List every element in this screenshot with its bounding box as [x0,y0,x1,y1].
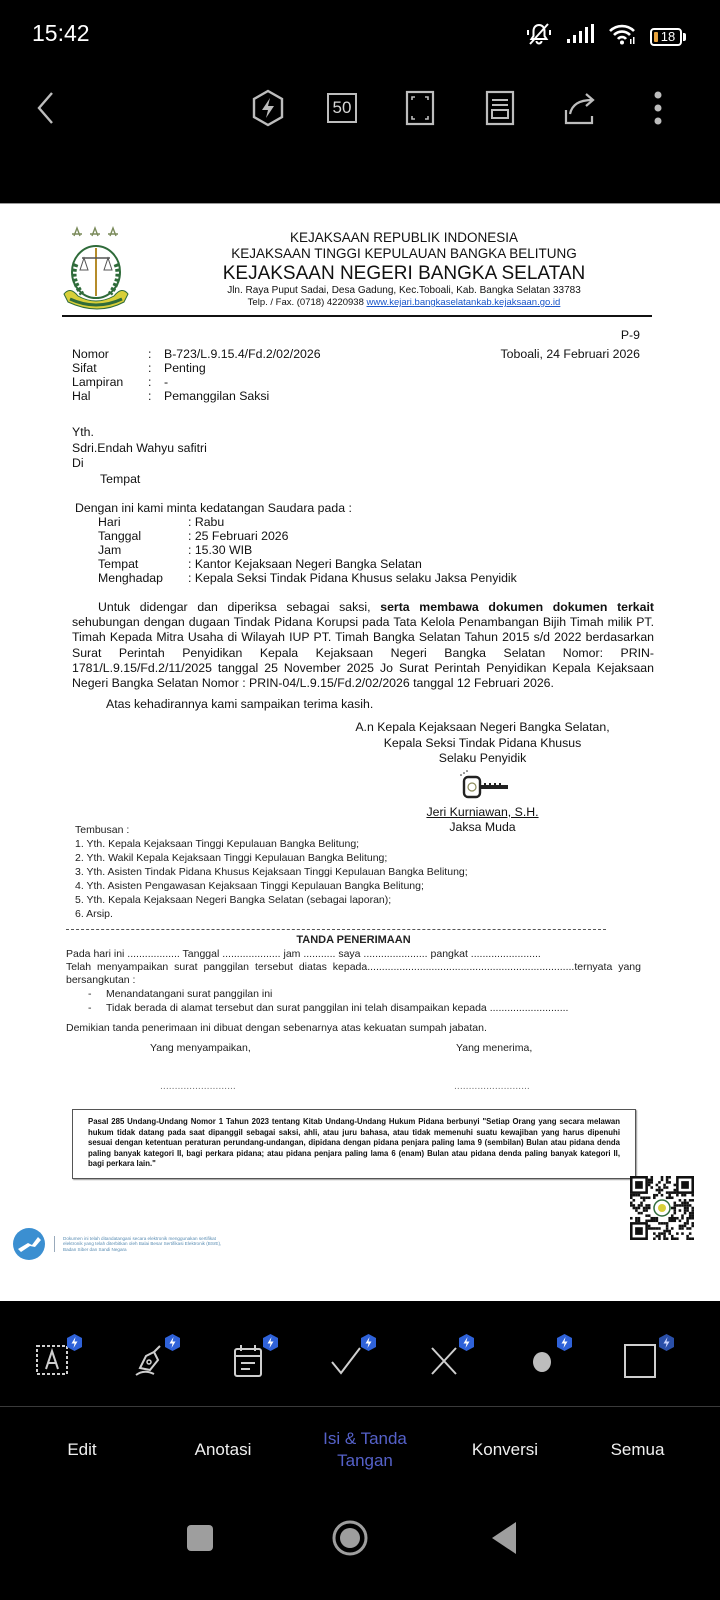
body-paragraph: Untuk didengar dan diperiksa sebagai sak… [72,600,654,691]
meta-row-sifat: Sifat:Penting [72,361,206,375]
document-page[interactable]: KEJAKSAAN REPUBLIK INDONESIA KEJAKSAAN T… [0,203,720,1301]
lightning-hexagon-icon [251,89,285,127]
signature-tool[interactable] [120,1330,180,1390]
share-icon [562,90,598,126]
cc-title: Tembusan : [75,824,129,836]
back-icon [490,1521,518,1555]
pen-signature-icon [132,1342,168,1378]
recipient-salutation: Yth. [72,425,94,439]
signature-line-1: A.n Kepala Kejaksaan Negeri Bangka Selat… [340,720,625,736]
cc-item: 1. Yth. Kepala Kejaksaan Tinggi Kepulaua… [75,838,359,850]
text-box-icon [34,1342,70,1378]
closing-text: Atas kehadirannya kami sampaikan terima … [106,697,373,711]
cross-tool[interactable] [414,1330,474,1390]
letterhead-line-1: KEJAKSAAN REPUBLIK INDONESIA [154,230,654,246]
premium-badge-icon [659,1334,674,1351]
letterhead-text: KEJAKSAAN REPUBLIK INDONESIA KEJAKSAAN T… [154,230,654,309]
premium-badge-icon [165,1334,180,1351]
home-icon [331,1519,369,1557]
signature-line-2: Kepala Seksi Tindak Pidana Khusus [340,736,625,752]
date-icon [230,1342,266,1378]
letterhead-phone: Telp. / Fax. (0718) 4220938 [248,297,367,308]
body-bold: serta membawa dokumen dokumen terkait [380,600,654,614]
fullscreen-icon [405,90,435,126]
signature-block: A.n Kepala Kejaksaan Negeri Bangka Selat… [340,720,625,836]
detail-tempat: Tempat: Kantor Kejaksaan Negeri Bangka S… [98,557,422,571]
premium-badge-icon [361,1334,376,1351]
esign-badge: Dokumen ini telah ditandatangani secara … [12,1227,233,1261]
tab-convert[interactable]: Konversi [450,1420,560,1480]
recipient-name: Sdri.Endah Wahyu safitri [72,441,207,455]
mute-icon [526,22,552,51]
sender-label: Yang menyampaikan, [150,1042,251,1055]
cc-item: 3. Yth. Asisten Tindak Pidana Khusus Kej… [75,866,468,878]
recents-icon [186,1524,214,1552]
dot-icon [524,1342,560,1378]
cc-item: 2. Yth. Wakil Kepala Kejaksaan Tinggi Ke… [75,852,387,864]
back-button[interactable] [24,86,68,130]
recents-button[interactable] [180,1518,220,1558]
detail-tanggal: Tanggal: 25 Februari 2026 [98,529,289,543]
rectangle-tool[interactable] [610,1330,670,1390]
status-bar: 15:42 18 [0,0,720,70]
checkmark-icon [328,1342,364,1378]
signature-line-3: Selaku Penyidik [340,751,625,767]
cc-item: 5. Yth. Kepala Kejaksaan Negeri Bangka S… [75,894,391,906]
letterhead-line-2: KEJAKSAAN TINGGI KEPULAUAN BANGKA BELITU… [154,246,654,262]
letterhead-divider [62,315,652,317]
qr-code-icon[interactable] [630,1176,694,1240]
letterhead-line-3: KEJAKSAAN NEGERI BANGKA SELATAN [154,262,654,285]
recipient-place: Tempat [100,472,140,486]
intro-text: Dengan ini kami minta kedatangan Saudara… [75,501,352,515]
cut-line [66,929,606,930]
letterhead-contact: Telp. / Fax. (0718) 4220938 www.kejari.b… [154,297,654,309]
back-nav-button[interactable] [484,1518,524,1558]
meta-row-hal: Hal:Pemanggilan Saksi [72,389,269,403]
top-toolbar: 50 [0,70,720,200]
meta-row-lampiran: Lampiran:- [72,375,168,389]
receiver-signature-field: .......................... [454,1080,530,1093]
mode-tabs: Edit Anotasi Isi & Tanda Tangan Konversi… [0,1420,720,1480]
premium-badge-icon [67,1334,82,1351]
tab-annotate[interactable]: Anotasi [168,1420,278,1480]
status-icons: 18 [526,22,686,51]
tab-edit[interactable]: Edit [32,1420,132,1480]
sender-signature-field: .......................... [160,1080,236,1093]
cc-item: 4. Yth. Asisten Pengawasan Kejaksaan Tin… [75,880,424,892]
receipt-line-2: Telah menyampaikan surat panggilan terse… [66,961,641,987]
receipt-line-1: Pada hari ini .................. Tanggal… [66,948,641,961]
fullscreen-button[interactable] [398,86,442,130]
receiver-label: Yang menerima, [456,1042,532,1055]
signal-icon [566,24,594,49]
detail-menghadap: Menghadap: Kepala Seksi Tindak Pidana Kh… [98,571,517,585]
page-number-indicator: 50 [327,93,357,123]
cc-item: 6. Arsip. [75,908,113,920]
kejaksaan-logo-icon [62,224,140,310]
premium-badge-icon [557,1334,572,1351]
document-layout-icon [485,90,515,126]
rectangle-icon [622,1342,658,1378]
chevron-left-icon [34,90,58,126]
detail-hari: Hari: Rabu [98,515,224,529]
text-field-tool[interactable] [22,1330,82,1390]
premium-badge-icon [263,1334,278,1351]
legal-warning-box: Pasal 285 Undang-Undang Nomor 1 Tahun 20… [72,1109,636,1179]
dot-tool[interactable] [512,1330,572,1390]
website-link[interactable]: www.kejari.bangkaselatankab.kejaksaan.go… [367,297,561,308]
bsre-logo-icon [12,1227,46,1261]
signatory-name: Jeri Kurniawan, S.H. [340,805,625,821]
home-button[interactable] [330,1518,370,1558]
esign-note: Dokumen ini telah ditandatangani secara … [54,1236,233,1253]
meta-row-nomor: Nomor:B-723/L.9.15.4/Fd.2/02/2026 [72,347,321,361]
more-options-button[interactable] [636,86,680,130]
wifi-icon [608,23,636,50]
ai-tools-button[interactable] [246,86,290,130]
more-vertical-icon [653,90,663,126]
share-button[interactable] [558,86,602,130]
digital-signature-key-icon [452,769,514,803]
letterhead-address: Jln. Raya Puput Sadai, Desa Gadung, Kec.… [154,285,654,297]
status-time: 15:42 [32,20,90,47]
recipient-di: Di [72,456,84,470]
fill-sign-tools [0,1330,720,1405]
reading-mode-button[interactable] [478,86,522,130]
detail-jam: Jam: 15.30 WIB [98,543,252,557]
tab-fill-sign[interactable]: Isi & Tanda Tangan [310,1420,420,1480]
cross-icon [426,1342,462,1378]
premium-badge-icon [459,1334,474,1351]
tab-all[interactable]: Semua [585,1420,690,1480]
receipt-title: TANDA PENERIMAAN [66,934,641,947]
form-code: P-9 [621,328,640,342]
page-number-button[interactable]: 50 [320,86,364,130]
receipt-bullet-1: -Menandatangani surat panggilan ini [88,988,628,1001]
battery-level: 18 [661,29,675,44]
check-tool[interactable] [316,1330,376,1390]
signatory-rank: Jaksa Muda [340,820,625,836]
system-navigation-bar [0,1490,720,1600]
date-tool[interactable] [218,1330,278,1390]
place-date: Toboali, 24 Februari 2026 [501,347,640,361]
battery-icon: 18 [650,28,686,46]
receipt-statement: Demikian tanda penerimaan ini dibuat den… [66,1022,641,1035]
letterhead: KEJAKSAAN REPUBLIK INDONESIA KEJAKSAAN T… [62,224,652,314]
toolbar-divider [0,1406,720,1407]
receipt-bullet-2: -Tidak berada di alamat tersebut dan sur… [88,1002,638,1015]
